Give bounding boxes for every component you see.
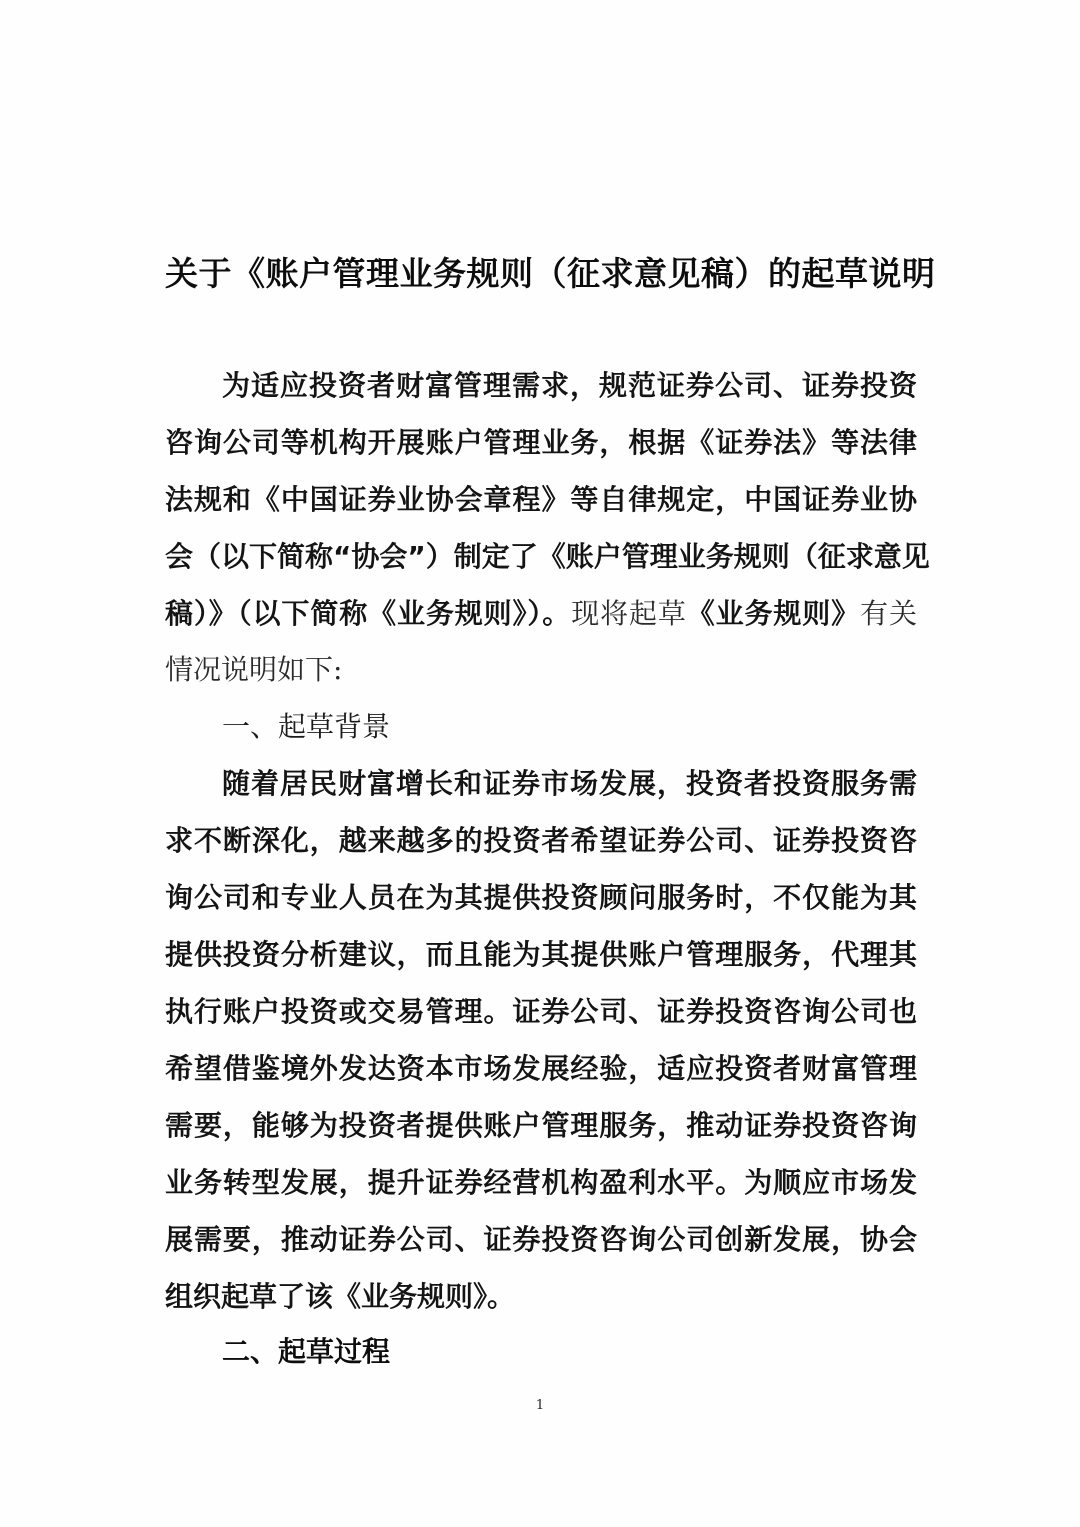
section-heading-process: 二、起草过程 (222, 1334, 390, 1370)
section1-line-8: 业务转型发展，提升证券经营机构盈利水平。为顺应市场发 (165, 1165, 917, 1201)
section-heading-background: 一、起草背景 (222, 709, 390, 745)
section1-line-10: 组织起草了该《业务规则》。 (165, 1279, 917, 1315)
section1-line-1: 随着居民财富增长和证券市场发展，投资者投资服务需 (222, 766, 917, 802)
section1-line-5: 执行账户投资或交易管理。证券公司、证券投资咨询公司也 (165, 994, 917, 1030)
intro-line-1: 为适应投资者财富管理需求，规范证券公司、证券投资 (222, 368, 917, 404)
section1-line-3: 询公司和专业人员在为其提供投资顾问服务时，不仅能为其 (165, 880, 917, 916)
section1-line-6: 希望借鉴境外发达资本市场发展经验，适应投资者财富管理 (165, 1051, 917, 1087)
intro-line-2: 咨询公司等机构开展账户管理业务，根据《证券法》等法律 (165, 425, 917, 461)
intro-line-5-bold: 稿）》（以下简称《业务规则》）。 (165, 597, 571, 630)
intro-line-5-light-2: 有关 (860, 597, 917, 630)
section1-line-4: 提供投资分析建议，而且能为其提供账户管理服务，代理其 (165, 937, 917, 973)
intro-line-6: 情况说明如下: (165, 652, 917, 688)
intro-line-5: 稿）》（以下简称《业务规则》）。现将起草《业务规则》有关 (165, 596, 917, 632)
intro-line-4: 会（以下简称“协会”）制定了《账户管理业务规则（征求意见 (165, 539, 917, 575)
document-title: 关于《账户管理业务规则（征求意见稿）的起草说明 (165, 248, 925, 295)
document-page: 关于《账户管理业务规则（征求意见稿）的起草说明 为适应投资者财富管理需求，规范证… (0, 0, 1080, 1527)
section1-line-9: 展需要，推动证券公司、证券投资咨询公司创新发展，协会 (165, 1222, 917, 1258)
section1-line-2: 求不断深化，越来越多的投资者希望证券公司、证券投资咨 (165, 823, 917, 859)
intro-line-5-bold-2: 《业务规则》 (687, 597, 860, 630)
section1-line-7: 需要，能够为投资者提供账户管理服务，推动证券投资咨询 (165, 1108, 917, 1144)
intro-line-3: 法规和《中国证券业协会章程》等自律规定，中国证券业协 (165, 482, 917, 518)
intro-line-5-light: 现将起草 (571, 597, 687, 630)
page-number: 1 (530, 1398, 550, 1413)
